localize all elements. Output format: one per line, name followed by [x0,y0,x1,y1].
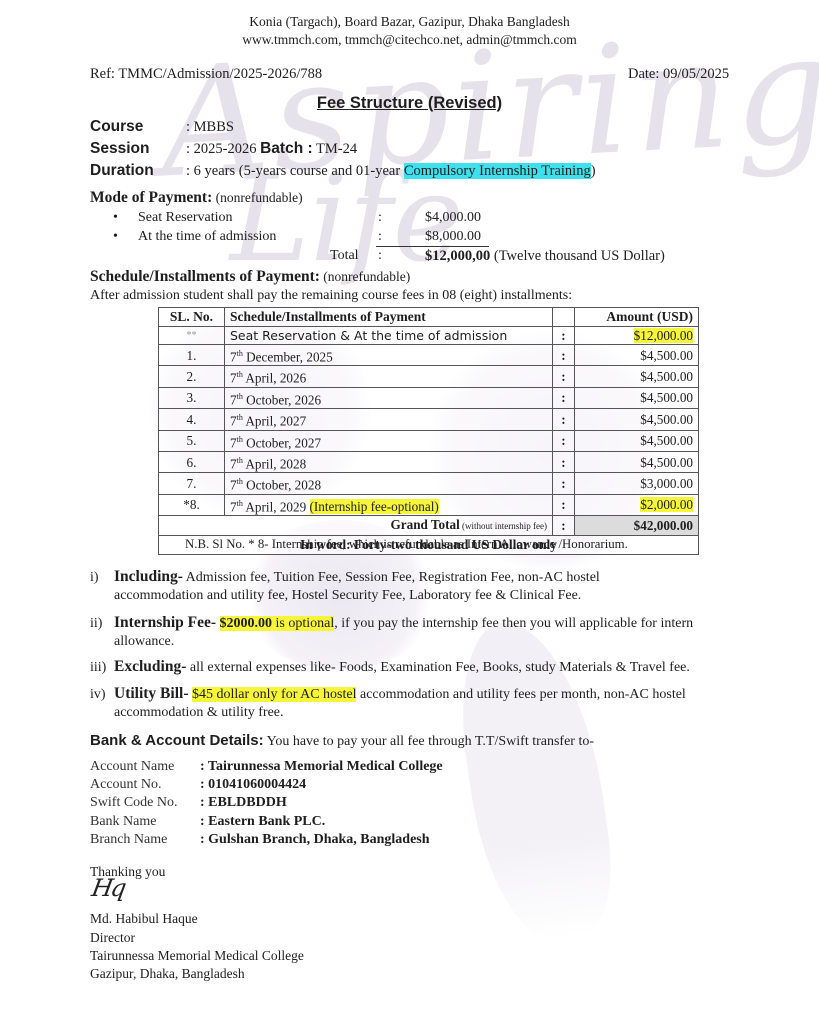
session-value: : 2025-2026 [186,141,260,157]
course-value: : MBBS [186,119,234,135]
signatory-institution: Tairunnessa Memorial Medical College [90,948,304,964]
installment-date: December, 2025 [243,349,333,364]
utility-bill-highlight: $45 dollar only for AC hostel [192,687,357,702]
installment-schedule: 7th April, 2026 [225,366,553,387]
bank-key: Swift Code No. [90,795,200,811]
installment-date: April, 2027 [243,414,306,429]
installment-schedule: 7th October, 2026 [225,387,553,408]
installment-amount: $4,500.00 [575,430,699,451]
bank-value: : Gulshan Branch, Dhaka, Bangladesh [200,832,430,847]
installment-day: 7 [230,456,237,471]
installment-date: April, 2026 [243,371,306,386]
installment-amount-value: $4,500.00 [640,369,693,384]
duration-value: : 6 years (5-years course and 01-year [186,163,404,179]
point-number: i) [90,569,114,587]
bank-key: Bank Name [90,814,200,830]
bank-row-bank-name: Bank Name: Eastern Bank PLC. [90,814,325,830]
page-title: Fee Structure (Revised) [0,94,819,113]
bank-key: Account Name [90,759,200,775]
bullet-icon: • [113,210,138,226]
installment-sl: 2. [159,366,225,387]
table-row: 1.7th December, 2025:$4,500.00 [159,345,699,366]
payment-item-amount: $4,000.00 [425,210,481,226]
bullet-icon: • [113,229,138,245]
payment-item: •At the time of admission [113,229,276,245]
point-label: Utility Bill- [114,685,188,702]
installment-date: October, 2027 [243,435,321,450]
installment-separator: : [553,366,575,387]
course-label: Course [90,118,186,136]
duration-label: Duration [90,162,186,180]
duration-suffix: ) [591,163,596,179]
grand-total-label: Grand Total [391,517,460,532]
point-label: Internship Fee- [114,614,216,631]
table-row: 3.7th October, 2026:$4,500.00 [159,387,699,408]
installment-note: (Internship fee-optional) [310,499,439,514]
installment-date: April, 2029 [243,499,310,514]
institution-contacts: www.tmmch.com, tmmch@citechco.net, admin… [0,32,819,48]
installment-amount: $3,000.00 [575,473,699,494]
installment-amount: $4,500.00 [575,345,699,366]
bank-details-heading: Bank & Account Details: You have to pay … [90,732,594,750]
bank-row-branch-name: Branch Name: Gulshan Branch, Dhaka, Bang… [90,832,430,848]
installment-amount-value: $4,500.00 [640,433,693,448]
installment-day: 7 [230,478,237,493]
column-header-amount: Amount (USD) [575,308,699,327]
total-amount-words: (Twelve thousand US Dollar) [490,248,665,264]
installment-date: October, 2026 [243,392,321,407]
point-utility-bill: iv)Utility Bill- $45 dollar only for AC … [90,685,780,722]
bank-key: Branch Name [90,832,200,848]
institution-address: Konia (Targach), Board Bazar, Gazipur, D… [0,14,819,30]
payment-item-label: At the time of admission [138,229,276,244]
signature: Hq [90,874,127,902]
bank-row-account-name: Account Name: Tairunnessa Memorial Medic… [90,759,443,775]
point-label: Excluding- [114,658,186,675]
installment-date: April, 2028 [243,456,306,471]
reference-number: Ref: TMMC/Admission/2025-2026/788 [90,66,322,83]
installment-separator: : [553,451,575,472]
internship-fee-amount: $2000.00 [220,616,273,631]
installment-amount: $4,500.00 [575,409,699,430]
table-row: 2.7th April, 2026:$4,500.00 [159,366,699,387]
installment-schedule: 7th December, 2025 [225,345,553,366]
point-continuation: accommodation and utility fee, Hostel Se… [90,587,780,605]
installment-amount-value: $2,000.00 [640,497,693,512]
schedule-note: (nonrefundable) [320,269,410,284]
grand-total-colon: : [553,516,575,536]
installment-separator: : [553,345,575,366]
signatory-name: Md. Habibul Haque [90,911,198,927]
installment-schedule: 7th April, 2028 [225,451,553,472]
column-header-sl: SL. No. [159,308,225,327]
column-header-schedule: Schedule/Installments of Payment [225,308,553,327]
grand-total-amount: $42,000.00 [575,516,699,536]
duration-highlight: Compulsory Internship Training [404,163,591,179]
document-date: Date: 09/05/2025 [628,66,729,83]
installment-day: 7 [230,499,237,514]
installment-amount-value: $4,500.00 [640,412,693,427]
internship-fee-optional: is optional [272,616,334,631]
installment-schedule: 7th October, 2027 [225,430,553,451]
installment-schedule: Seat Reservation & At the time of admiss… [225,326,553,345]
signatory-location: Gazipur, Dhaka, Bangladesh [90,966,245,982]
installment-schedule: 7th October, 2028 [225,473,553,494]
installment-day: 7 [230,349,237,364]
schedule-heading: Schedule/Installments of Payment: (nonre… [90,268,410,286]
schedule-title: Schedule/Installments of Payment: [90,268,320,285]
installment-amount: $4,500.00 [575,451,699,472]
installment-sl: 5. [159,430,225,451]
table-row: 6.7th April, 2028:$4,500.00 [159,451,699,472]
installment-separator: : [553,387,575,408]
installment-table: SL. No. Schedule/Installments of Payment… [158,307,699,555]
bank-details-intro: You have to pay your all fee through T.T… [264,734,594,749]
installment-amount: $4,500.00 [575,387,699,408]
point-text: all external expenses like- Foods, Exami… [186,660,690,675]
point-text: accommodation and utility fees per month… [356,687,685,702]
installment-separator: : [553,409,575,430]
installment-separator: : [553,494,575,515]
installment-sl: 1. [159,345,225,366]
installment-amount: $4,500.00 [575,366,699,387]
table-row: **Seat Reservation & At the time of admi… [159,326,699,345]
point-number: iii) [90,659,114,677]
installment-amount-value: $4,500.00 [640,455,693,470]
bank-value: : Eastern Bank PLC. [200,814,325,829]
table-row: 4.7th April, 2027:$4,500.00 [159,409,699,430]
session-label: Session [90,140,186,158]
installment-amount-value: $12,000.00 [634,328,693,343]
point-number: iv) [90,686,114,704]
bank-row-account-no: Account No.: 01041060004424 [90,777,306,793]
table-row: 7.7th October, 2028:$3,000.00 [159,473,699,494]
bank-key: Account No. [90,777,200,793]
installment-amount: $12,000.00 [575,326,699,345]
installment-sl: ** [159,326,225,345]
installment-sl: 7. [159,473,225,494]
bank-row-swift-code: Swift Code No.: EBLDBDDH [90,795,287,811]
installment-separator: : [553,430,575,451]
payment-item-colon: : [378,210,382,226]
mode-of-payment-title: Mode of Payment: [90,189,212,206]
total-label: Total [330,248,359,264]
installment-schedule: 7th April, 2027 [225,409,553,430]
point-text: , if you pay the internship fee then you… [334,616,693,631]
payment-item-label: Seat Reservation [138,210,232,225]
internship-fee-highlight: $2000.00 is optional [220,616,335,631]
total-amount-row: $12,000,00 (Twelve thousand US Dollar) [425,248,665,265]
installment-schedule: 7th April, 2029 (Internship fee-optional… [225,494,553,515]
bank-value: : EBLDBDDH [200,795,287,810]
point-excluding: iii)Excluding- all external expenses lik… [90,658,780,677]
installment-amount-value: $4,500.00 [640,390,693,405]
installment-day: 7 [230,435,237,450]
installment-separator: : [553,326,575,345]
grand-total-note: (without internship fee) [460,521,547,531]
total-colon: : [378,248,382,264]
point-continuation: allowance. [90,633,780,651]
signatory-designation: Director [90,930,135,946]
batch-label: Batch : [260,140,313,157]
installment-day: 7 [230,414,237,429]
batch-value: TM-24 [313,141,357,157]
installment-sl: 3. [159,387,225,408]
installment-separator: : [553,473,575,494]
installment-amount: $2,000.00 [575,494,699,515]
mode-of-payment-note: (nonrefundable) [212,190,302,205]
installment-sl: *8. [159,494,225,515]
grand-total-row: Grand Total (without internship fee) : $… [159,516,699,536]
payment-item: •Seat Reservation [113,210,232,226]
schedule-intro: After admission student shall pay the re… [90,288,572,304]
sum-divider [376,246,489,247]
point-including: i)Including- Admission fee, Tuition Fee,… [90,568,780,605]
bank-details-title: Bank & Account Details: [90,732,264,749]
installment-day: 7 [230,371,237,386]
point-label: Including- [114,568,183,585]
course-row: Course: MBBS [90,118,234,136]
table-header-row: SL. No. Schedule/Installments of Payment… [159,308,699,327]
point-internship-fee: ii)Internship Fee- $2000.00 is optional,… [90,614,780,651]
point-continuation: accommodation & utility free. [90,704,780,722]
table-row: *8.7th April, 2029 (Internship fee-optio… [159,494,699,515]
table-row: 5.7th October, 2027:$4,500.00 [159,430,699,451]
installment-sl: 4. [159,409,225,430]
installment-date: Seat Reservation & At the time of admiss… [230,328,507,343]
session-row: Session: 2025-2026 Batch : TM-24 [90,140,357,158]
duration-row: Duration: 6 years (5-years course and 01… [90,162,596,180]
installment-day: 7 [230,392,237,407]
payment-item-colon: : [378,229,382,245]
installment-date: October, 2028 [243,478,321,493]
point-number: ii) [90,615,114,633]
installment-sl: 6. [159,451,225,472]
bank-value: : 01041060004424 [200,777,306,792]
column-header-separator [553,308,575,327]
point-text: Admission fee, Tuition Fee, Session Fee,… [183,570,600,585]
grand-total-label-cell: Grand Total (without internship fee) [159,516,553,536]
installment-amount-value: $4,500.00 [640,348,693,363]
total-amount: $12,000,00 [425,248,490,264]
nb-note: N.B. Sl No. * 8- Internship fee, which i… [0,537,819,552]
mode-of-payment-heading: Mode of Payment: (nonrefundable) [90,189,303,207]
payment-item-amount: $8,000.00 [425,229,481,245]
bank-value: : Tairunnessa Memorial Medical College [200,759,443,774]
installment-amount-value: $3,000.00 [640,476,693,491]
